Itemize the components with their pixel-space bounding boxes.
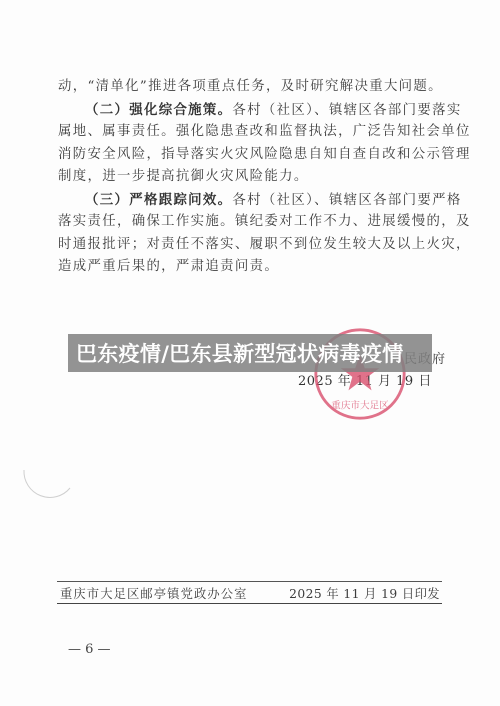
body-line-9: 造成严重后果的，严肃追责问责。 [58,256,444,279]
title-banner: 巴东疫情/巴东县新型冠状病毒疫情 [68,334,432,372]
footer-issued-date: 2025 年 11 月 19 日印发 [289,584,440,602]
footer-imprint: 重庆市大足区邮亭镇党政办公室 2025 年 11 月 19 日印发 [60,584,440,602]
body-line-6: （三）严格跟踪问效。各村（社区）、镇辖区各部门要严格 [58,189,444,212]
document-body: 动，“清单化”推进各项重点任务，及时研究解决重大问题。 （二）强化综合施策。各村… [58,76,444,279]
body-line-1: 动，“清单化”推进各项重点任务，及时研究解决重大问题。 [58,76,444,99]
banner-title: 巴东疫情/巴东县新型冠状病毒疫情 [68,338,403,368]
page-number: — 6 — [68,642,111,657]
body-line-3: 属地、属事责任。强化隐患查改和监督执法，广泛告知社会单位 [58,121,444,144]
body-line-5: 制度，进一步提高抗御火灾风险能力。 [58,166,444,189]
body-line-4: 消防安全风险，指导落实火灾风险隐患自知自查自改和公示管理 [58,144,444,167]
body-line-2: （二）强化综合施策。各村（社区）、镇辖区各部门要落实 [58,99,444,122]
section-heading-3: （三）严格跟踪问效。 [85,192,232,208]
footer-rule-top [57,581,442,582]
footer-office: 重庆市大足区邮亭镇党政办公室 [60,584,248,602]
body-line-7: 落实责任，确保工作实施。镇纪委对工作不力、进展缓慢的，及 [58,211,444,234]
body-line-8: 时通报批评；对责任不落实、履职不到位发生较大及以上火灾， [58,234,444,257]
svg-text:重庆市大足区: 重庆市大足区 [331,400,389,412]
section-heading-2: （二）强化综合施策。 [85,102,232,118]
footer-rule-bottom [57,603,442,604]
scan-mark-icon [18,460,78,520]
document-page: 动，“清单化”推进各项重点任务，及时研究解决重大问题。 （二）强化综合施策。各村… [0,0,500,706]
